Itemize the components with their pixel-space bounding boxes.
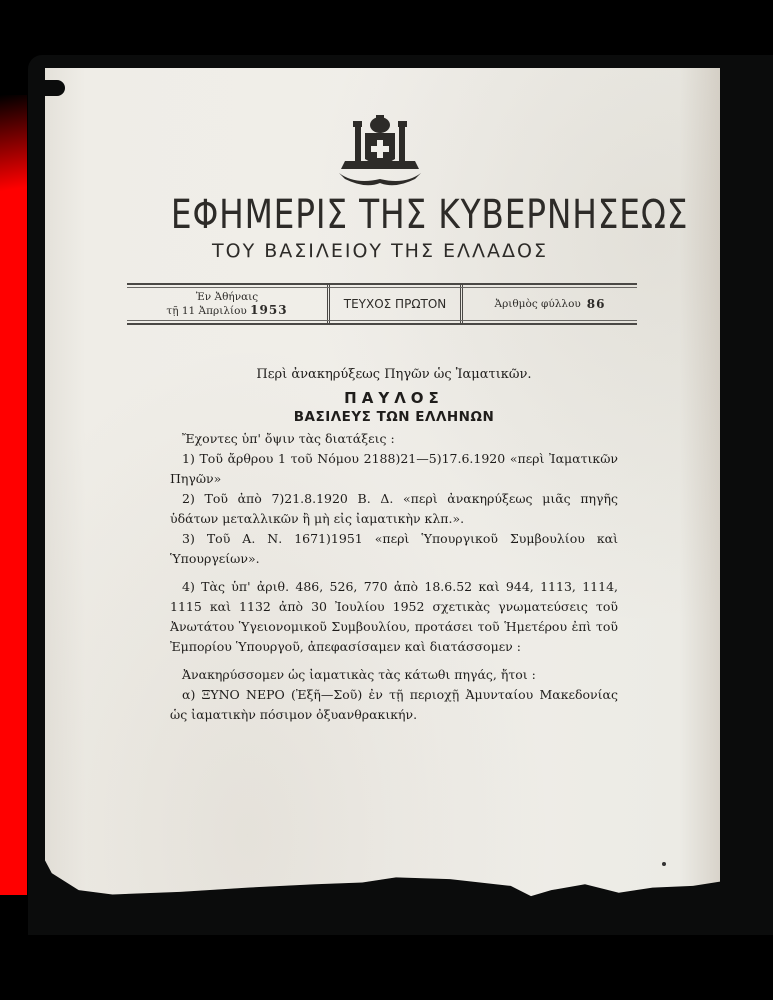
issue-cell: ΤΕΥΧΟΣ ΠΡΩΤΟΝ bbox=[327, 285, 463, 323]
issue-info-bar: Ἐν Ἀθήναις τῇ 11 Ἀπριλίου 1953 ΤΕΥΧΟΣ ΠΡ… bbox=[127, 283, 637, 325]
decree-subject: Περὶ ἀνακηρύξεως Πηγῶν ὡς Ἰαματικῶν. bbox=[170, 365, 618, 385]
torn-corner bbox=[45, 80, 65, 96]
king-title: ΒΑΣΙΛΕΥΣ ΤΩΝ ΕΛΛΗΝΩΝ bbox=[170, 407, 618, 427]
red-accent-stripe bbox=[0, 95, 27, 895]
provision-item: 2) Τοῦ ἀπὸ 7)21.8.1920 Β. Δ. «περὶ ἀνακη… bbox=[170, 489, 618, 529]
royal-coat-of-arms-icon bbox=[335, 113, 425, 189]
year-text: 1953 bbox=[250, 303, 287, 317]
place-text: Ἐν Ἀθήναις bbox=[196, 291, 258, 304]
gazette-subtitle: ΤΟΥ ΒΑΣΙΛΕΙΟΥ ΤΗΣ ΕΛΛΑΔΟΣ bbox=[125, 239, 635, 263]
gazette-title: ΕΦΗΜΕΡΙΣ ΤΗΣ ΚΥΒΕΡΝΗΣΕΩΣ bbox=[171, 193, 589, 237]
sheet-label: Ἀριθμὸς φύλλου bbox=[494, 298, 580, 310]
masthead: ΕΦΗΜΕΡΙΣ ΤΗΣ ΚΥΒΕΡΝΗΣΕΩΣ ΤΟΥ ΒΑΣΙΛΕΙΟΥ Τ… bbox=[125, 113, 635, 263]
date-prefix: τῇ 11 Ἀπριλίου bbox=[166, 305, 246, 317]
issue-text: ΤΕΥΧΟΣ ΠΡΩΤΟΝ bbox=[344, 297, 447, 311]
declaration: Ἀνακηρύσσομεν ὡς ἰαματικὰς τὰς κάτωθι πη… bbox=[170, 665, 618, 685]
date-cell: Ἐν Ἀθήναις τῇ 11 Ἀπριλίου 1953 bbox=[127, 285, 327, 323]
date-text: τῇ 11 Ἀπριλίου 1953 bbox=[166, 304, 287, 318]
king-name: ΠΑΥΛΟΣ bbox=[170, 389, 618, 407]
decree-body: Περὶ ἀνακηρύξεως Πηγῶν ὡς Ἰαματικῶν. ΠΑΥ… bbox=[170, 365, 618, 725]
sheet-number: 86 bbox=[587, 297, 606, 311]
provision-item: 3) Τοῦ Α. Ν. 1671)1951 «περὶ Ὑπουργικοῦ … bbox=[170, 529, 618, 569]
provision-item: 1) Τοῦ ἄρθρου 1 τοῦ Νόμου 2188)21—5)17.6… bbox=[170, 449, 618, 489]
clause-a: α) ΞΥΝΟ ΝΕΡΟ (Ἐξῆ—Σοῦ) ἐν τῇ περιοχῇ Ἀμυ… bbox=[170, 685, 618, 725]
sheet-number-cell: Ἀριθμὸς φύλλου 86 bbox=[463, 285, 637, 323]
provision-item: 4) Τὰς ὑπ' ἀριθ. 486, 526, 770 ἀπὸ 18.6.… bbox=[170, 577, 618, 657]
gazette-page: ΕΦΗΜΕΡΙΣ ΤΗΣ ΚΥΒΕΡΝΗΣΕΩΣ ΤΟΥ ΒΑΣΙΛΕΙΟΥ Τ… bbox=[45, 68, 720, 920]
preamble: Ἔχοντες ὑπ' ὄψιν τὰς διατάξεις : bbox=[170, 429, 618, 449]
paper-speck bbox=[662, 862, 666, 866]
